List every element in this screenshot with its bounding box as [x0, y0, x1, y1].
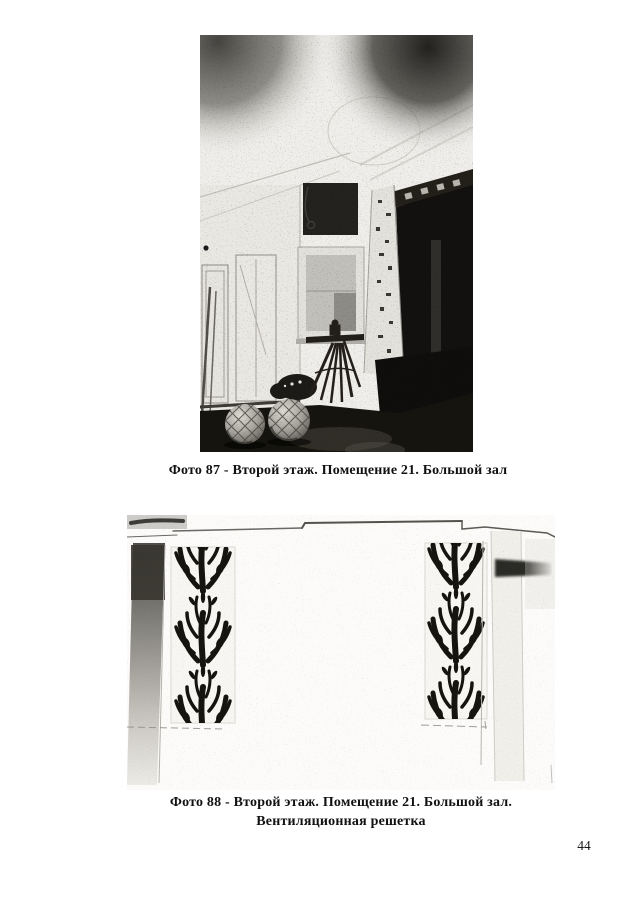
figure-caption-88-line2: Вентиляционная решетка — [141, 812, 541, 831]
scanned-document-page: Фото 87 - Второй этаж. Помещение 21. Бол… — [0, 0, 639, 905]
page-number: 44 — [570, 838, 598, 854]
figure-caption-88: Фото 88 - Второй этаж. Помещение 21. Бол… — [141, 793, 541, 831]
photo-88-image — [127, 515, 555, 790]
figure-caption-88-line1: Фото 88 - Второй этаж. Помещение 21. Бол… — [141, 793, 541, 812]
photo-87-image — [200, 35, 473, 452]
figure-caption-87: Фото 87 - Второй этаж. Помещение 21. Бол… — [138, 462, 538, 480]
film-grain-coarse — [200, 35, 473, 452]
film-grain — [127, 515, 555, 790]
